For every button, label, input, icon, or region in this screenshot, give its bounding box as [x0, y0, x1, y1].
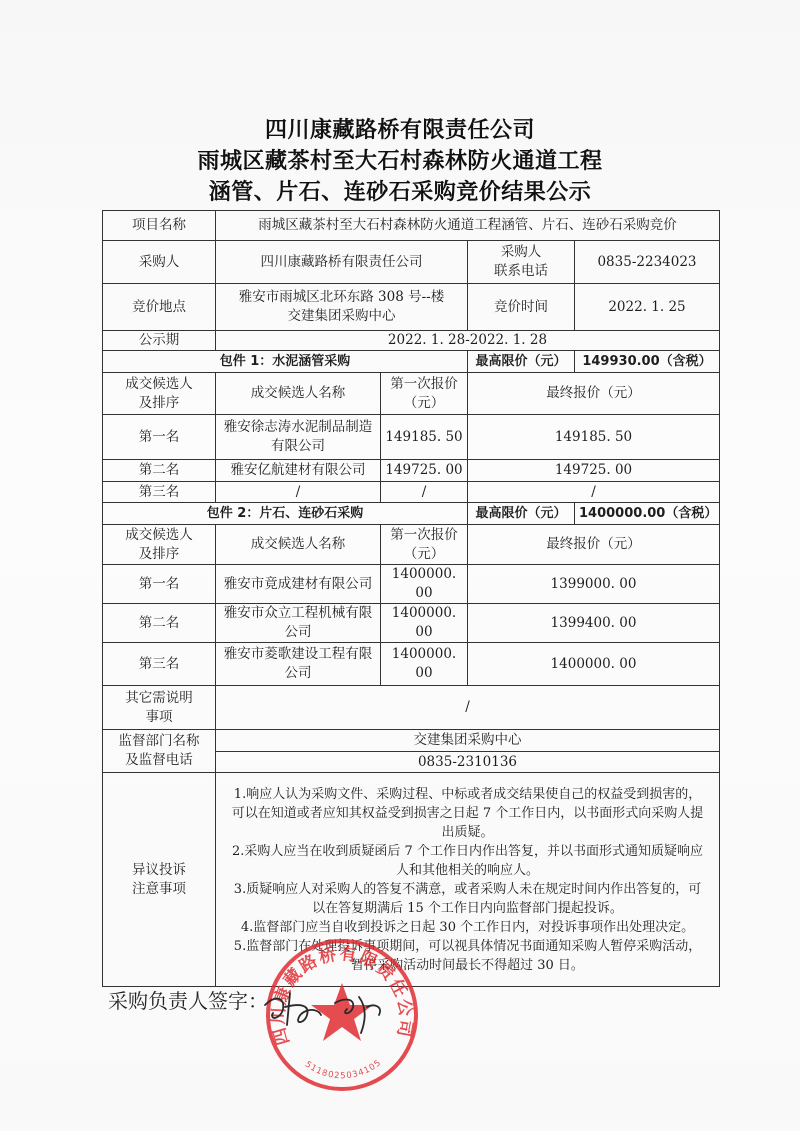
rank-cell: 第三名: [103, 643, 216, 686]
document-title: 四川康藏路桥有限责任公司 雨城区藏茶村至大石村森林防火通道工程 涵管、片石、连砂…: [0, 115, 800, 208]
complaints-label: 异议投诉 注意事项: [103, 773, 216, 987]
first-bid-cell: 149185. 50: [381, 415, 468, 460]
note-line: 1.响应人认为采购文件、采购过程、中标或者成交结果使自己的权益受到损害的，: [220, 785, 715, 804]
candidate-name-line2: 公司: [220, 623, 376, 642]
row-supervision-name: 监督部门名称 及监督电话 交建集团采购中心: [103, 730, 720, 752]
table-row: 第三名 雅安市菱歌建设工程有限 公司 1400000. 00 1400000. …: [103, 643, 720, 686]
final-bid-cell: 149185. 50: [468, 415, 720, 460]
col-final-bid: 最终报价（元）: [468, 373, 720, 415]
complaints-label-line1: 异议投诉: [107, 861, 211, 880]
supervision-label-line2: 及监督电话: [107, 751, 211, 770]
package-2-title-row: 包件 2：片石、连砂石采购 最高限价（元） 1400000.00（含税）: [103, 503, 720, 525]
title-company: 四川康藏路桥有限责任公司: [0, 115, 800, 146]
rank-cell: 第二名: [103, 460, 216, 482]
document-page: 四川康藏路桥有限责任公司 雨城区藏茶村至大石村森林防火通道工程 涵管、片石、连砂…: [0, 0, 800, 1131]
row-purchaser: 采购人 四川康藏路桥有限责任公司 采购人 联系电话 0835-2234023: [103, 241, 720, 284]
table-row: 第二名 雅安亿航建材有限公司 149725. 00 149725. 00: [103, 460, 720, 482]
final-bid-cell: /: [468, 482, 720, 503]
col-first-bid-line2: （元）: [385, 545, 463, 564]
package-1-column-header: 成交候选人 及排序 成交候选人名称 第一次报价 （元） 最终报价（元）: [103, 373, 720, 415]
rank-cell: 第一名: [103, 565, 216, 604]
project-name-value: 雨城区藏茶村至大石村森林防火通道工程涵管、片石、连砂石采购竞价: [216, 211, 720, 241]
supervision-label-line1: 监督部门名称: [107, 732, 211, 751]
candidate-name-cell: 雅安市菱歌建设工程有限 公司: [216, 643, 381, 686]
other-notes-label-line1: 其它需说明: [107, 689, 211, 708]
col-first-bid-line1: 第一次报价: [385, 375, 463, 394]
title-project: 雨城区藏茶村至大石村森林防火通道工程: [0, 146, 800, 177]
first-bid-cell: 149725. 00: [381, 460, 468, 482]
candidate-name-cell: /: [216, 482, 381, 503]
bid-location-line2: 交建集团采购中心: [220, 307, 463, 326]
note-line: 出质疑。: [220, 823, 715, 842]
publicity-value: 2022. 1. 28-2022. 1. 28: [216, 331, 720, 351]
bid-time-label: 竞价时间: [468, 284, 575, 331]
supervision-name: 交建集团采购中心: [216, 730, 720, 752]
table-row: 第一名 雅安市竟成建材有限公司 1400000. 00 1399000. 00: [103, 565, 720, 604]
other-notes-label: 其它需说明 事项: [103, 686, 216, 730]
col-first-bid-line1: 第一次报价: [385, 526, 463, 545]
svg-text:5118025034105: 5118025034105: [303, 1058, 384, 1081]
note-line: 以在答复期满后 15 个工作日内向监督部门提起投诉。: [220, 899, 715, 918]
final-bid-cell: 149725. 00: [468, 460, 720, 482]
col-first-bid-line2: （元）: [385, 394, 463, 413]
col-rank-line2: 及排序: [107, 545, 211, 564]
signature-label: 采购负责人签字：: [108, 985, 268, 1014]
col-name: 成交候选人名称: [216, 525, 381, 565]
first-bid-cell: 1400000. 00: [381, 565, 468, 604]
row-publicity: 公示期 2022. 1. 28-2022. 1. 28: [103, 331, 720, 351]
final-bid-cell: 1399400. 00: [468, 604, 720, 643]
note-line: 2.采购人应当在收到质疑函后 7 个工作日内作出答复，并以书面形式通知质疑响应: [220, 842, 715, 861]
supervision-phone: 0835-2310136: [216, 752, 720, 773]
purchaser-phone-label: 采购人 联系电话: [468, 241, 575, 284]
first-bid-cell: 1400000. 00: [381, 643, 468, 686]
note-line: 3.质疑响应人对采购人的答复不满意，或者采购人未在规定时间内作出答复的，可: [220, 880, 715, 899]
col-rank: 成交候选人 及排序: [103, 525, 216, 565]
bid-location-value: 雅安市雨城区北环东路 308 号--楼 交建集团采购中心: [216, 284, 468, 331]
row-project-name: 项目名称 雨城区藏茶村至大石村森林防火通道工程涵管、片石、连砂石采购竞价: [103, 211, 720, 241]
row-other-notes: 其它需说明 事项 /: [103, 686, 720, 730]
other-notes-label-line2: 事项: [107, 708, 211, 727]
package-2-column-header: 成交候选人 及排序 成交候选人名称 第一次报价 （元） 最终报价（元）: [103, 525, 720, 565]
complaints-label-line2: 注意事项: [107, 880, 211, 899]
other-notes-value: /: [216, 686, 720, 730]
package-1-max-price-value: 149930.00（含税）: [575, 351, 720, 373]
col-rank-line1: 成交候选人: [107, 526, 211, 545]
candidate-name-cell: 雅安市竟成建材有限公司: [216, 565, 381, 604]
bid-location-line1: 雅安市雨城区北环东路 308 号--楼: [220, 288, 463, 307]
table-row: 第二名 雅安市众立工程机械有限 公司 1400000. 00 1399400. …: [103, 604, 720, 643]
table-row: 第三名 / / /: [103, 482, 720, 503]
purchaser-phone-value: 0835-2234023: [575, 241, 720, 284]
col-rank-line1: 成交候选人: [107, 375, 211, 394]
table-row: 第一名 雅安徐志涛水泥制品制造 有限公司 149185. 50 149185. …: [103, 415, 720, 460]
purchaser-label: 采购人: [103, 241, 216, 284]
supervision-label: 监督部门名称 及监督电话: [103, 730, 216, 773]
candidate-name-cell: 雅安徐志涛水泥制品制造 有限公司: [216, 415, 381, 460]
publicity-label: 公示期: [103, 331, 216, 351]
candidate-name-cell: 雅安市众立工程机械有限 公司: [216, 604, 381, 643]
final-bid-cell: 1399000. 00: [468, 565, 720, 604]
title-subject: 涵管、片石、连砂石采购竞价结果公示: [0, 177, 800, 208]
purchaser-value: 四川康藏路桥有限责任公司: [216, 241, 468, 284]
note-line: 人和其他相关的响应人。: [220, 861, 715, 880]
bid-time-value: 2022. 1. 25: [575, 284, 720, 331]
result-table: 项目名称 雨城区藏茶村至大石村森林防火通道工程涵管、片石、连砂石采购竞价 采购人…: [102, 210, 720, 987]
package-1-title-row: 包件 1：水泥涵管采购 最高限价（元） 149930.00（含税）: [103, 351, 720, 373]
package-1-max-price-label: 最高限价（元）: [468, 351, 575, 373]
candidate-name-line1: 雅安市菱歌建设工程有限: [220, 645, 376, 664]
package-2-max-price-value: 1400000.00（含税）: [575, 503, 720, 525]
col-final-bid: 最终报价（元）: [468, 525, 720, 565]
candidate-name-line2: 有限公司: [220, 437, 376, 456]
package-1-title: 包件 1：水泥涵管采购: [103, 351, 468, 373]
rank-cell: 第一名: [103, 415, 216, 460]
row-bid-location: 竞价地点 雅安市雨城区北环东路 308 号--楼 交建集团采购中心 竞价时间 2…: [103, 284, 720, 331]
project-name-label: 项目名称: [103, 211, 216, 241]
bid-location-label: 竞价地点: [103, 284, 216, 331]
rank-cell: 第二名: [103, 604, 216, 643]
candidate-name-line1: 雅安徐志涛水泥制品制造: [220, 418, 376, 437]
candidate-name-line1: 雅安市众立工程机械有限: [220, 604, 376, 623]
note-line: 可以在知道或者应知其权益受到损害之日起 7 个工作日内，以书面形式向采购人提: [220, 804, 715, 823]
candidate-name-line2: 公司: [220, 664, 376, 683]
package-2-title: 包件 2：片石、连砂石采购: [103, 503, 468, 525]
rank-cell: 第三名: [103, 482, 216, 503]
col-rank: 成交候选人 及排序: [103, 373, 216, 415]
note-line: 4.监督部门应当自收到投诉之日起 30 个工作日内，对投诉事项作出处理决定。: [220, 918, 715, 937]
first-bid-cell: /: [381, 482, 468, 503]
col-rank-line2: 及排序: [107, 394, 211, 413]
candidate-name-cell: 雅安亿航建材有限公司: [216, 460, 381, 482]
col-first-bid: 第一次报价 （元）: [381, 525, 468, 565]
first-bid-cell: 1400000. 00: [381, 604, 468, 643]
handwritten-signature-icon: [255, 985, 405, 1040]
seal-number: 5118025034105: [303, 1058, 384, 1081]
package-2-max-price-label: 最高限价（元）: [468, 503, 575, 525]
final-bid-cell: 1400000. 00: [468, 643, 720, 686]
purchaser-phone-label-line2: 联系电话: [472, 262, 570, 281]
purchaser-phone-label-line1: 采购人: [472, 243, 570, 262]
col-name: 成交候选人名称: [216, 373, 381, 415]
col-first-bid: 第一次报价 （元）: [381, 373, 468, 415]
